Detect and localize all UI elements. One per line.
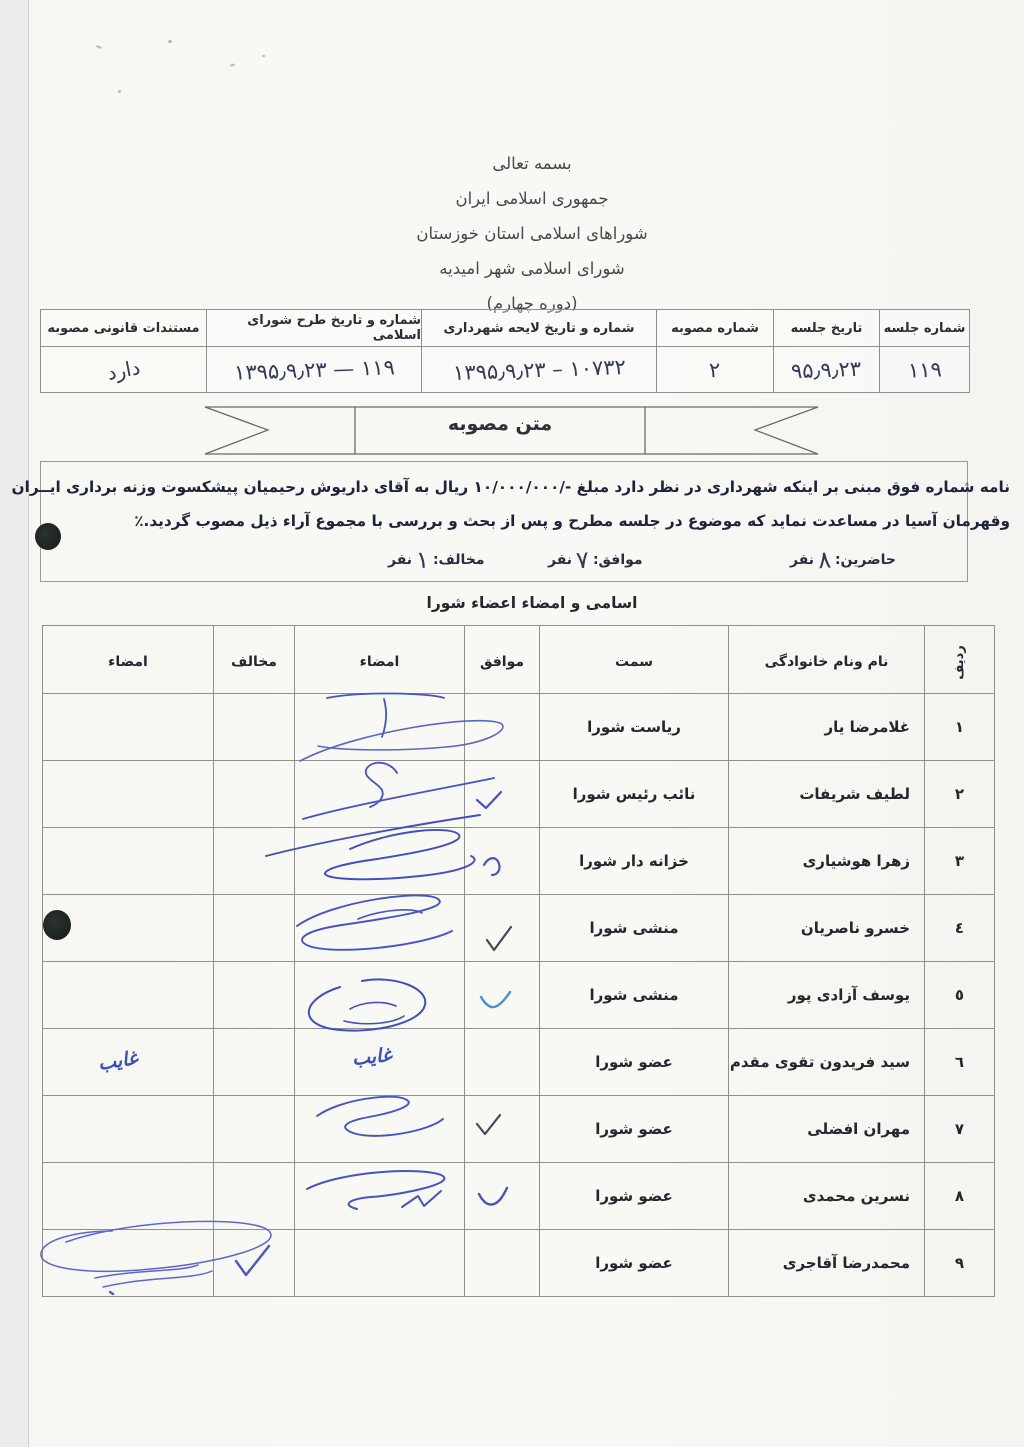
besmele-line: بسمه تعالی (262, 146, 802, 181)
pencil-speck (230, 63, 235, 66)
handwritten-attendance-number: ۸ (813, 545, 836, 574)
col-header-legal-docs: مستندات قانونی مصوبه (41, 310, 206, 346)
session-meta-table: شماره جلسه تاریخ جلسه شماره مصوبه شماره … (40, 309, 970, 393)
handwritten-session-no: ۱۱۹ (907, 357, 942, 382)
city-council-line: شورای اسلامی شهر امیدیه (262, 251, 802, 286)
agree-mark-row3 (484, 858, 500, 875)
pencil-speck (168, 40, 172, 43)
oppose-checkmark-row9 (236, 1246, 269, 1275)
pencil-speck (96, 45, 102, 49)
signature-scribble-row5 (309, 979, 425, 1030)
oppose-count: مخالف:۱نفر (388, 546, 484, 574)
handwritten-agree-number: ۷ (571, 545, 594, 574)
letterhead: بسمه تعالی جمهوری اسلامی ایران شوراهای ا… (262, 146, 802, 321)
resolution-line-2: وقهرمان آسیا در مساعدت نماید که موضوع در… (14, 512, 1010, 530)
members-section-title: اسامی و امضاء اعضاء شورا (292, 594, 772, 612)
col-header-plan-no-date: شماره و تاریخ طرح شورای اسلامی (206, 310, 421, 346)
agree-checkmark-row4 (487, 927, 511, 950)
signature-scribble-row8 (402, 1191, 441, 1207)
agree-checkmark-row8 (479, 1188, 507, 1205)
attendance-count: حاضرین:۸نفر (790, 546, 896, 574)
signature-scribble-row5 (344, 1002, 404, 1023)
agree-checkmark-row5 (481, 992, 510, 1007)
pencil-speck (262, 55, 265, 57)
signature-scribble-row4 (297, 895, 452, 949)
handwritten-resolution-no: ۲ (709, 357, 721, 381)
signature-scribble-row8 (307, 1171, 444, 1209)
resolution-text-banner-title: متن مصوبه (355, 413, 645, 435)
republic-line: جمهوری اسلامی ایران (262, 181, 802, 216)
col-header-session-no: شماره جلسه (879, 310, 969, 346)
ink-signatures-overlay (0, 620, 1024, 1330)
signature-scribble-row1 (300, 721, 503, 761)
agree-count: موافق:۷نفر (548, 546, 643, 574)
agree-checkmark-row2 (477, 792, 501, 808)
signature-scribble-row9 (110, 1292, 113, 1294)
handwritten-session-date: ۹۵٫۹٫۲۳ (791, 356, 862, 382)
signature-scribble-row9 (41, 1221, 271, 1271)
hole-punch-bottom (43, 910, 71, 940)
province-councils-line: شوراهای اسلامی استان خوزستان (262, 216, 802, 251)
scanned-document-page: بسمه تعالی جمهوری اسلامی ایران شوراهای ا… (0, 0, 1024, 1447)
col-header-resolution-no: شماره مصوبه (656, 310, 773, 346)
handwritten-bill-no-date: ۱۳۹۵٫۹٫۲۳ – ۱۰۷۳۲ (452, 354, 626, 384)
signature-scribble-row2 (303, 778, 494, 819)
resolution-line-1: نامه شماره فوق مبنی بر اینکه شهرداری در … (14, 478, 1010, 496)
col-header-bill-no-date: شماره و تاریخ لایحه شهرداری (421, 310, 656, 346)
signature-scribble-row1 (327, 693, 444, 737)
handwritten-oppose-number: ۱ (411, 545, 434, 574)
signature-scribble-row7 (317, 1097, 443, 1136)
hole-punch-top (35, 523, 61, 550)
handwritten-plan-no-date: ۱۳۹۵٫۹٫۲۳ — ۱۱۹ (233, 355, 395, 385)
pencil-speck (118, 90, 121, 93)
col-header-session-date: تاریخ جلسه (773, 310, 879, 346)
agree-checkmark-row7 (477, 1115, 500, 1134)
signature-scribble-row3 (266, 815, 480, 856)
handwritten-legal-docs: دارد (105, 355, 142, 385)
